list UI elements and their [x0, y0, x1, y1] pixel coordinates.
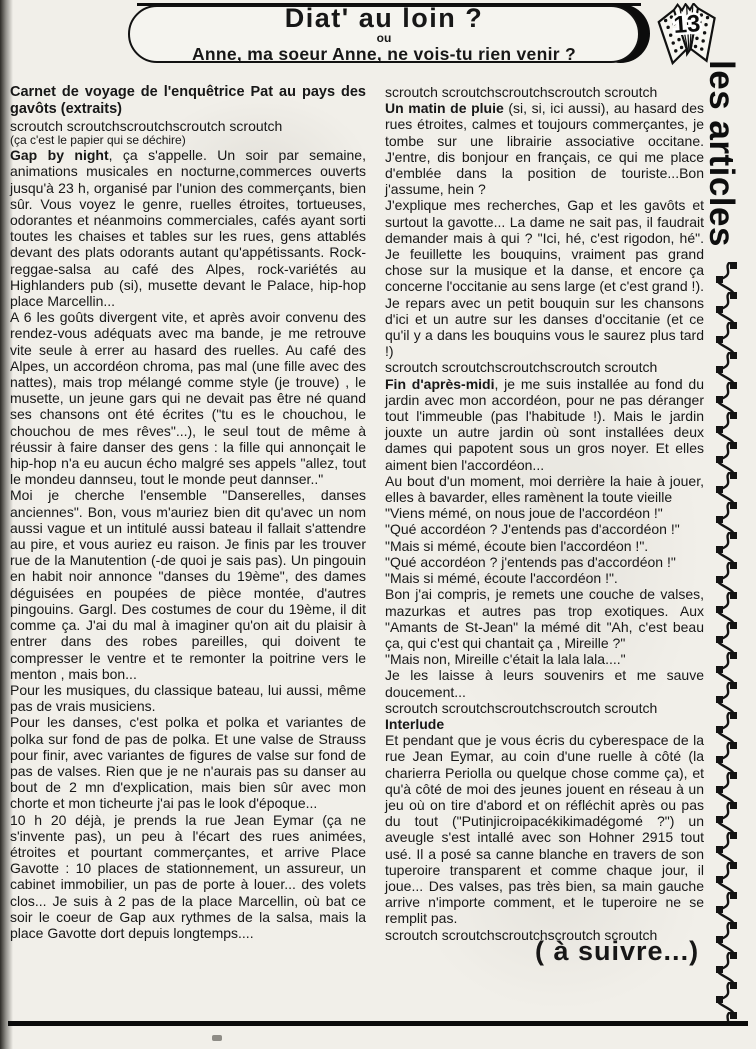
paragraph: Gap by night, ça s'appelle. Un soir par … — [10, 147, 366, 309]
paragraph: Et pendant que je vous écris du cyberesp… — [385, 732, 704, 926]
zigzag-divider — [711, 262, 743, 1027]
article-title-banner: Diat' au loin ? ou Anne, ma soeur Anne, … — [128, 5, 640, 63]
dialogue-line: "Qué accordéon ? J'entends pas d'accordé… — [385, 521, 704, 537]
dialogue-line: "Mais si mémé, écoute bien l'accordéon !… — [385, 538, 704, 554]
paragraph: Un matin de pluie (si, si, ici aussi), a… — [385, 100, 704, 197]
paragraph: Au bout d'un moment, moi derrière la hai… — [385, 473, 704, 505]
paragraph: Moi je cherche l'ensemble "Danserelles, … — [10, 487, 366, 681]
paragraph: Bon j'ai compris, je remets une couche d… — [385, 586, 704, 651]
scan-smudge — [212, 1035, 222, 1041]
dialogue-line: "Qué accordéon ? j'entends pas d'accordé… — [385, 554, 704, 570]
paragraph: A 6 les goûts divergent vite, et après a… — [10, 309, 366, 487]
page-bottom-rule — [8, 1021, 748, 1026]
scroutch-line: scroutch scroutchscroutchscroutch scrout… — [385, 84, 704, 100]
paragraph: 10 h 20 déjà, je prends la rue Jean Eyma… — [10, 812, 366, 942]
paragraph: Pour les danses, c'est polka et polka et… — [10, 714, 366, 811]
scroutch-line: scroutch scroutchscroutchscroutch scrout… — [10, 118, 366, 134]
interlude-heading: Interlude — [385, 716, 704, 732]
paragraph: J'explique mes recherches, Gap et les ga… — [385, 197, 704, 359]
scroutch-line: scroutch scroutchscroutchscroutch scrout… — [385, 700, 704, 716]
dialogue-line: "Mais non, Mireille c'était la lala lala… — [385, 651, 704, 667]
to-be-continued: ( à suivre...) — [385, 943, 704, 959]
paragraph: Pour les musiques, du classique bateau, … — [10, 682, 366, 714]
left-column: Carnet de voyage de l'enquêtrice Pat au … — [10, 84, 366, 941]
paragraph-lead: Gap by night — [10, 147, 109, 163]
right-column: scroutch scroutchscroutchscroutch scrout… — [385, 84, 704, 959]
article-title-connector: ou — [377, 32, 392, 45]
scroutch-note: (ça c'est le papier qui se déchire) — [10, 134, 366, 147]
paragraph: Je les laisse à leurs souvenirs et me sa… — [385, 667, 704, 699]
scanned-article-page: Diat' au loin ? ou Anne, ma soeur Anne, … — [0, 0, 756, 1049]
scroutch-line: scroutch scroutchscroutchscroutch scrout… — [385, 359, 704, 375]
paragraph: Fin d'après-midi, je me suis installée a… — [385, 376, 704, 473]
page-number-badge: 13 — [673, 10, 702, 39]
column-heading: Carnet de voyage de l'enquêtrice Pat au … — [10, 84, 366, 118]
dialogue-line: "Viens mémé, on nous joue de l'accordéon… — [385, 505, 704, 521]
article-title: Diat' au loin ? — [285, 4, 483, 32]
article-subtitle: Anne, ma soeur Anne, ne vois-tu rien ven… — [192, 45, 576, 64]
paragraph-text: , ça s'appelle. Un soir par semaine, ani… — [10, 147, 366, 309]
section-label-vertical: les articles — [701, 60, 741, 275]
paragraph-lead: Un matin de pluie — [385, 100, 504, 116]
dialogue-line: "Mais si mémé, écoute l'accordéon !". — [385, 570, 704, 586]
paragraph-lead: Fin d'après-midi — [385, 376, 494, 392]
